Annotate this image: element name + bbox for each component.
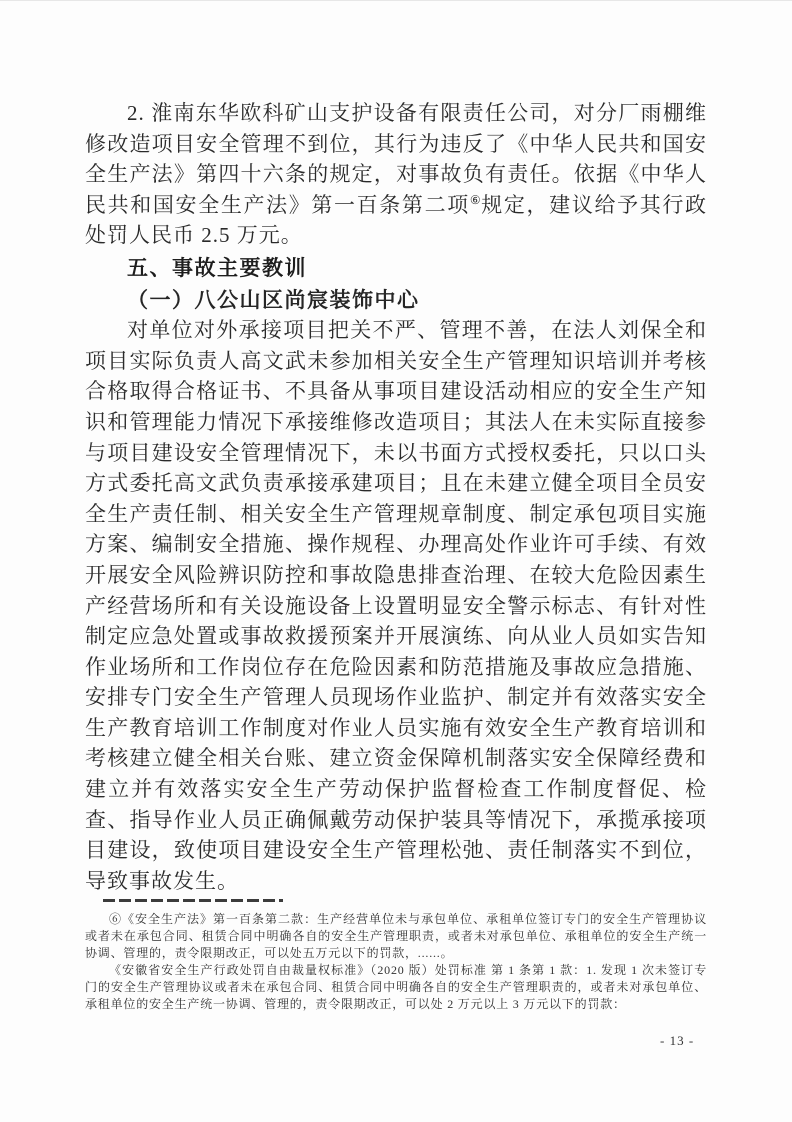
section-heading-lessons: 五、事故主要教训 <box>85 254 707 285</box>
subsection-heading-company: （一）八公山区尚宸装饰中心 <box>85 285 707 316</box>
footnote-1: ⑥《安全生产法》第一百条第二款：生产经营单位未与承包单位、承租单位签订专门的安全… <box>85 911 707 962</box>
page-number: - 13 - <box>660 1033 694 1049</box>
document-page: 2. 淮南东华欧科矿山支护设备有限责任公司，对分厂雨棚维修改造项目安全管理不到位… <box>0 0 792 1122</box>
footnote-separator-line <box>103 899 283 902</box>
paragraph-lessons: 对单位对外承接项目把关不严、管理不善，在法人刘保全和项目实际负责人高文武未参加相… <box>85 315 707 896</box>
footnote-2: 《安徽省安全生产行政处罚自由裁量权标准》（2020 版）处罚标准 第 1 条第 … <box>85 962 707 1013</box>
document-content: 2. 淮南东华欧科矿山支护设备有限责任公司，对分厂雨棚维修改造项目安全管理不到位… <box>85 98 707 896</box>
paragraph-liability: 2. 淮南东华欧科矿山支护设备有限责任公司，对分厂雨棚维修改造项目安全管理不到位… <box>85 98 707 251</box>
footnote-area: ⑥《安全生产法》第一百条第二款：生产经营单位未与承包单位、承租单位签订专门的安全… <box>85 899 707 1013</box>
footnote-reference-mark: ⑥ <box>470 193 481 207</box>
